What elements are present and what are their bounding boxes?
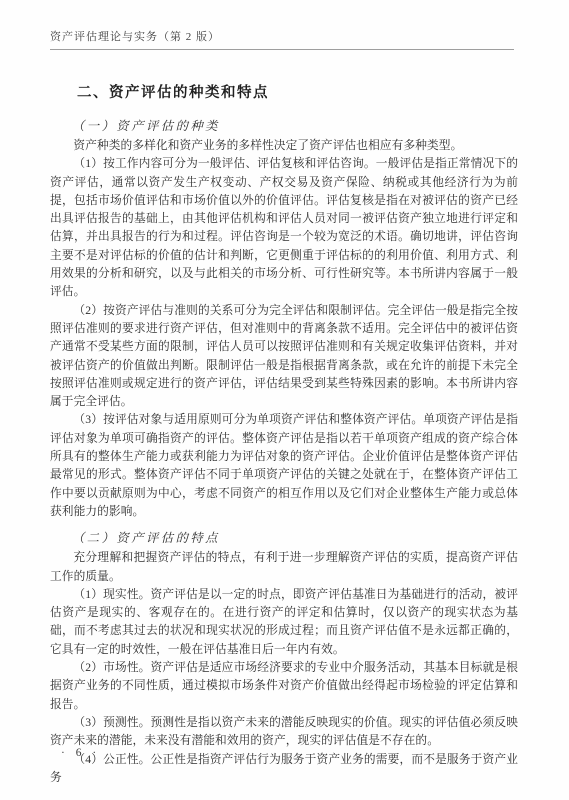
body-paragraph: 充分理解和把握资产评估的特点，有利于进一步理解资产评估的实质，提高资产评估工作的…: [50, 549, 518, 586]
body-paragraph: （4）公正性。公正性是指资产评估行为服务于资产业务的需要，而不是服务于资产业务: [50, 751, 518, 788]
body-paragraph: 资产种类的多样化和资产业务的多样性决定了资产评估也相应有多种类型。: [50, 137, 518, 155]
section-title: 二、资产评估的种类和特点: [50, 83, 518, 103]
page-number: · 6 ·: [61, 747, 100, 759]
body-paragraph: （3）预测性。预测性是指以资产未来的潜能反映现实的价值。现实的评估值必须反映资产…: [50, 714, 518, 751]
body-paragraph: （3）按评估对象与适用原则可分为单项资产评估和整体资产评估。单项资产评估是指评估…: [50, 411, 518, 521]
running-header: 资产评估理论与实务（第 2 版）: [50, 0, 518, 44]
body-paragraph: （1）按工作内容可分为一般评估、评估复核和评估咨询。一般评估是指正常情况下的资产…: [50, 155, 518, 301]
body-paragraph: （2）市场性。资产评估是适应市场经济要求的专业中介服务活动，其基本目标就是根据资…: [50, 659, 518, 714]
body-paragraph: （2）按资产评估与准则的关系可分为完全评估和限制评估。完全评估一般是指完全按照评…: [50, 302, 518, 412]
subsection-heading-types: （一）资产评估的种类: [50, 118, 518, 135]
subsection-heading-characteristics: （二）资产评估的特点: [50, 530, 518, 547]
header-rule: [50, 49, 514, 50]
page-content: 资产评估理论与实务（第 2 版） 二、资产评估的种类和特点 （一）资产评估的种类…: [50, 0, 518, 787]
body-paragraph: （1）现实性。资产评估是以一定的时点，即资产评估基准日为基础进行的活动，被评估资…: [50, 586, 518, 659]
book-page: 资产评估理论与实务（第 2 版） 二、资产评估的种类和特点 （一）资产评估的种类…: [0, 0, 569, 800]
book-title: 资产评估理论与实务（第 2 版）: [50, 31, 220, 43]
